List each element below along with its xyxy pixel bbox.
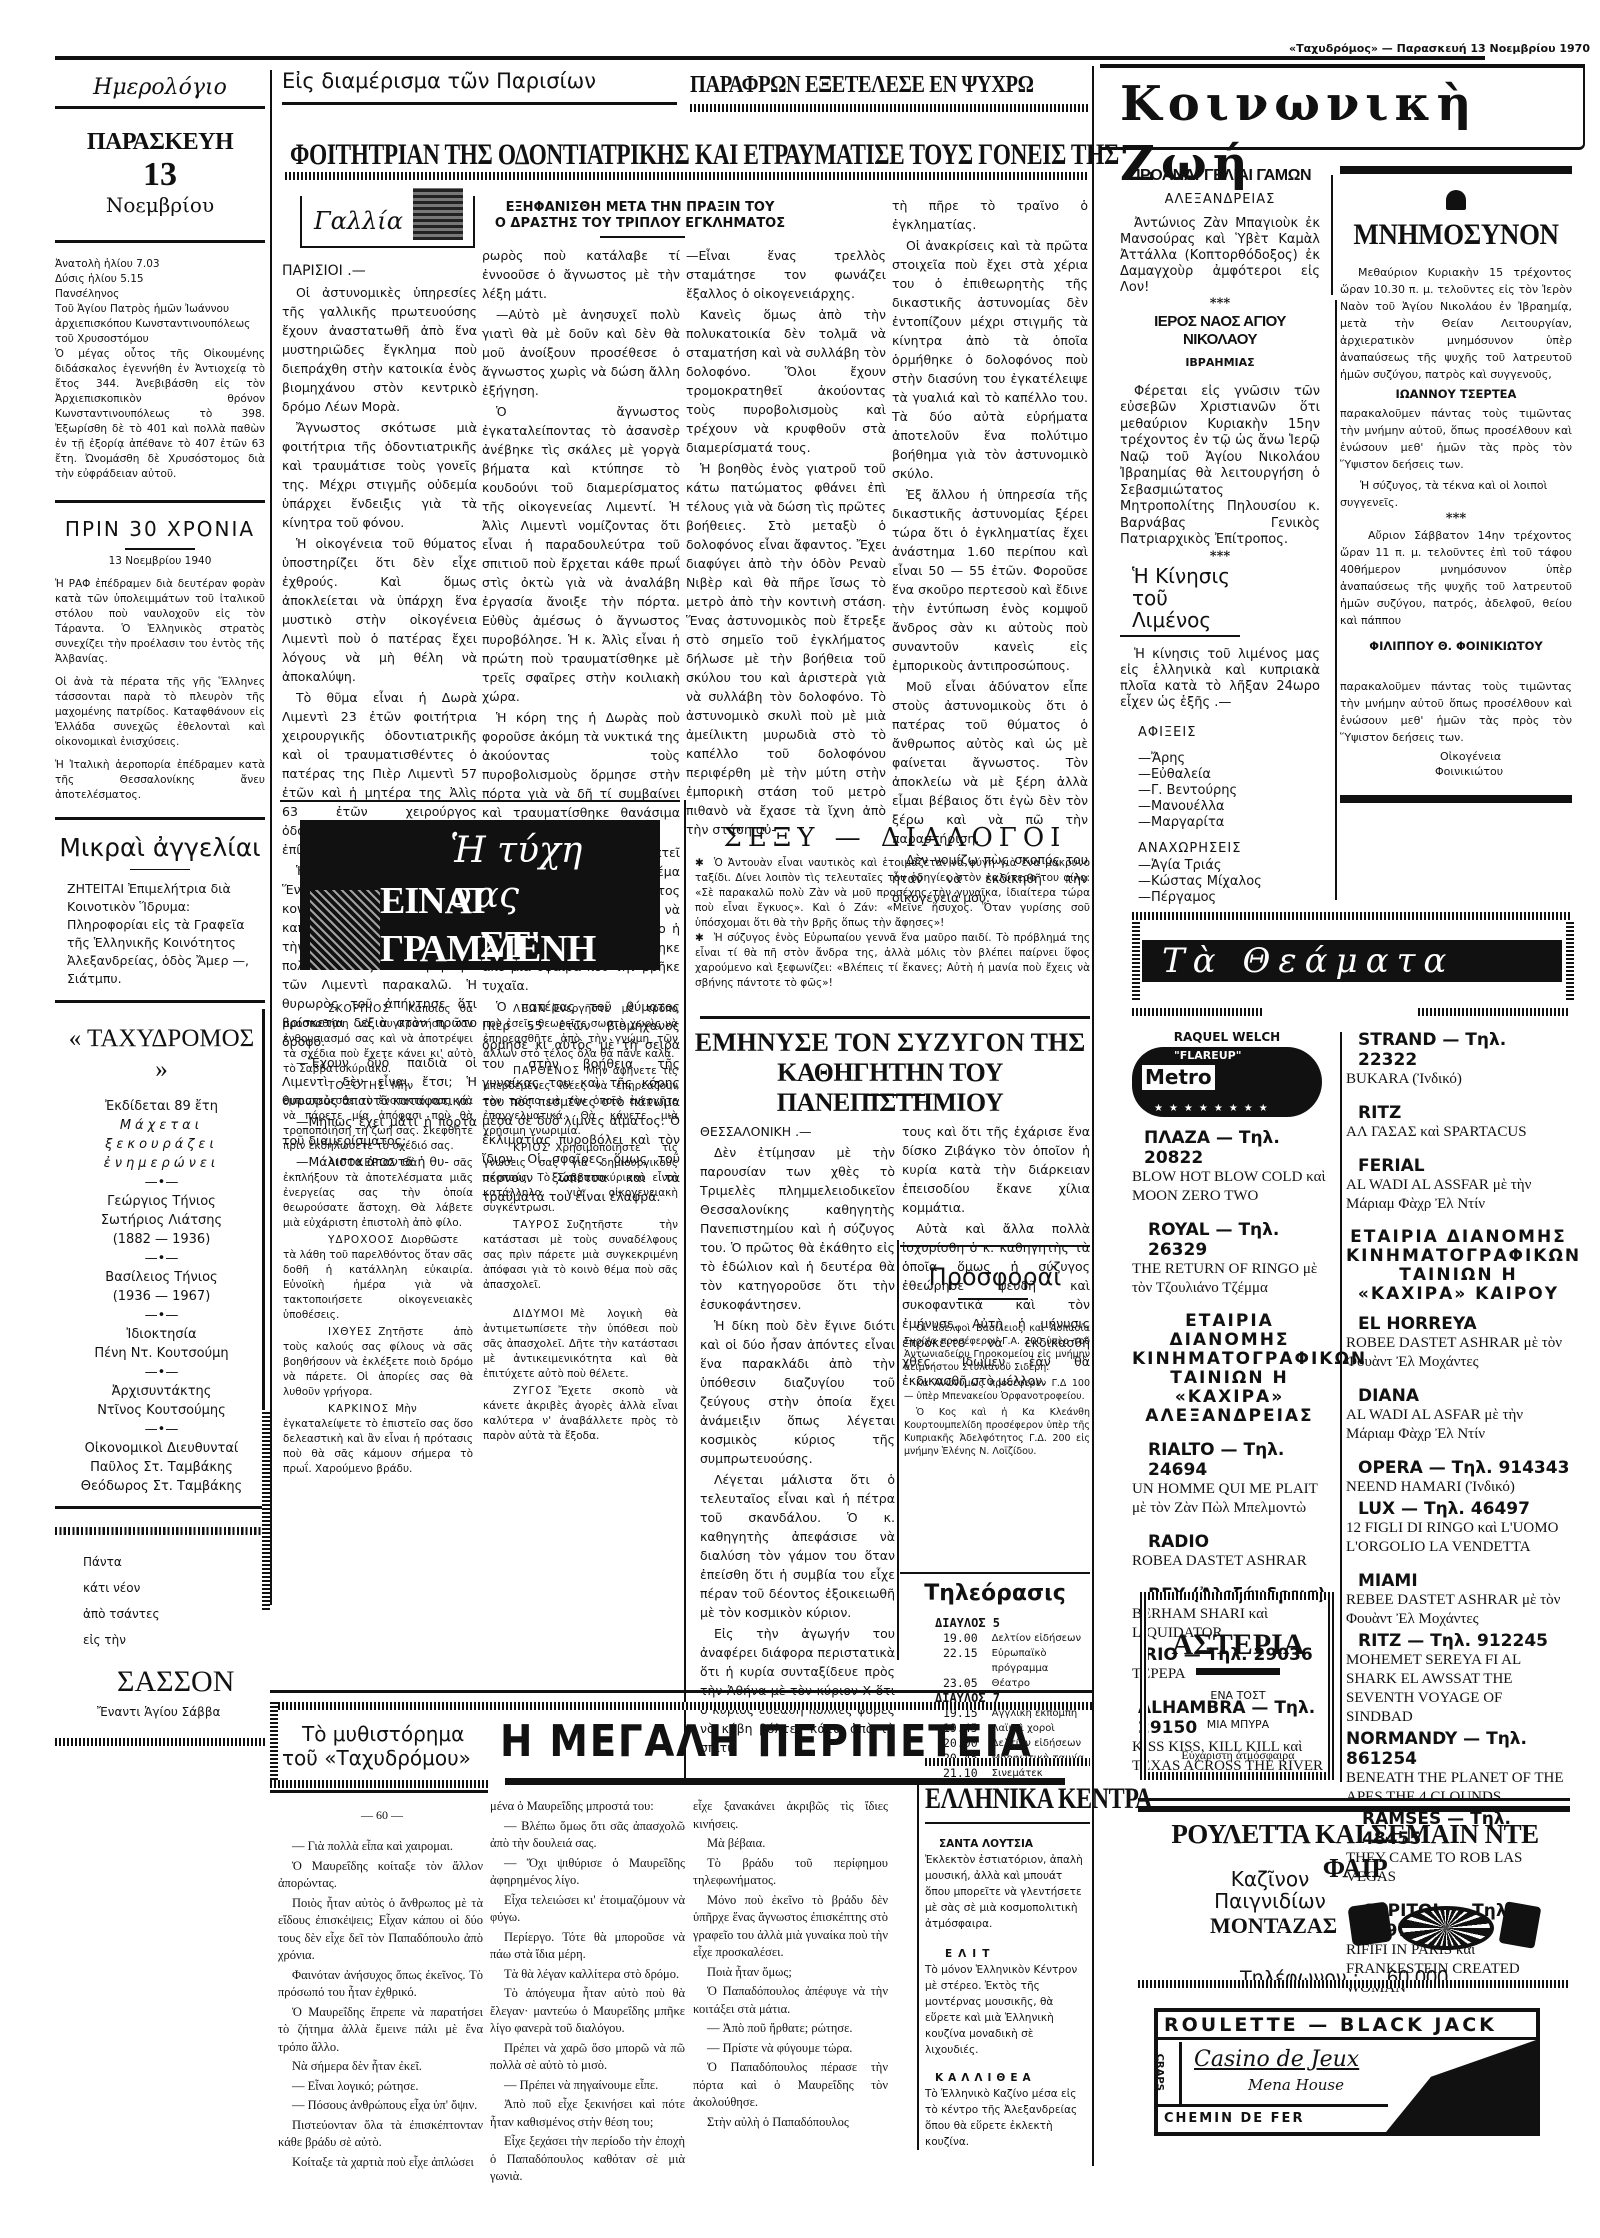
divider (55, 1000, 265, 1003)
tv-time: 19.00 (943, 1631, 978, 1646)
divider (270, 1790, 488, 1793)
cinema-listing: RITZΑΛ ΓΑΣΑΣ καὶ SPARTACUS (1346, 1103, 1571, 1142)
cinema-name: NORMANDY — Τηλ. 861254 (1346, 1729, 1571, 1769)
novel-paragraph: Πρέπει νὰ χαρῶ ὅσο μπορῶ νὰ πῶ πολλὰ σὲ … (490, 2040, 685, 2075)
history-text: Ἡ ΡΑΦ ἐπέδραμεν διὰ δευτέραν φορὰν κατὰ … (55, 577, 265, 803)
novel-paragraph: — Βλέπω ὅμως ὅτι σᾶς ἀπασχολῶ ἀπὸ τὴν δο… (490, 1818, 685, 1853)
cinema-films: REBEE DASTET ASHRAR μὲ τὸν Φουὰντ Ἐλ Μοχ… (1346, 1591, 1571, 1629)
dialogue-text: Ἡ σύζυγος ἑνὸς Εὐρωπαίου γεννᾶ ἕνα μαῦρο… (695, 932, 1090, 989)
memorial-top-bar (1340, 166, 1572, 174)
chief-editor-label: Ἀρχισυντάκτης (65, 1382, 258, 1401)
sunset: Δύσις ἡλίου 5.15 (55, 272, 265, 287)
cinema-name: OPERA — Τηλ. 914343 (1346, 1458, 1571, 1478)
classifieds-title: Μικραὶ ἀγγελίαι (55, 832, 265, 863)
tv-title: Τηλεόρασις (905, 1580, 1085, 1608)
novel-paragraph: Τὸ ἀπόγευμα ἦταν αὐτὸ ποὺ θὰ ἔλεγαν· μαν… (490, 1985, 685, 2038)
port-title: Ἡ Κίνησις τοῦ Λιμένος (1120, 565, 1250, 631)
cinema-listing: RITZ — Τηλ. 912245MOHEMET SEREYA FI AL S… (1346, 1631, 1571, 1727)
cinema-films: AL WADI AL ASFAR μὲ τὴν Μάριαμ Φὰχρ Ἐλ Ν… (1346, 1406, 1571, 1444)
article-paragraph: Ἄγνωστος σκότωσε μιὰ φοιτήτρια τῆς ὀδοντ… (282, 418, 477, 532)
novel-paragraph: Εἶχα τελειώσει κι' ἑτοιμαζόμουν νὰ φύγω. (490, 1892, 685, 1927)
donation-item: Κα Ἀνωνύμως προσέφερεν Γ.Δ 100 — ὑπὲρ Μπ… (904, 1377, 1090, 1403)
craps-label: CRAPS (1152, 2054, 1165, 2091)
ship-name: —Εὐθαλεία (1138, 767, 1320, 783)
cinema-listing: ROYAL — Τηλ. 26329THE RETURN OF RINGO μὲ… (1132, 1220, 1327, 1298)
day-number: 13 (55, 157, 265, 193)
horoscope-banner: Ἡ τύχη σας ΕΙΝΑΙ ΓΡΑΜΜΕΝΗ ΣΤ' ΑΣΤΡΑ (300, 820, 660, 970)
tv-channel: ΔΙΑΥΛΟΣ 5 (935, 1616, 1095, 1631)
ornamental-border (1132, 1008, 1262, 1016)
horoscope-entry: ΣΚΟΡΠΙΟΣΚάποιος θὰ προσπαθήση νὰ συγκρατ… (283, 1002, 473, 1077)
cinema-name: RIALTO — Τηλ. 24694 (1132, 1440, 1327, 1480)
cinema-listing: DIANAAL WADI AL ASFAR μὲ τὴν Μάριαμ Φὰχρ… (1346, 1386, 1571, 1444)
moon-phase: Πανσέληνος (55, 287, 265, 302)
serial-label: Τὸ μυθιστόρημα τοῦ «Ταχυδρόμου» (282, 1722, 482, 1770)
serial-title: Η ΜΕΓΑΛΗ ΠΕΡΙΠΕΤΕΙΑ (500, 1714, 1033, 1769)
cinemas-banner: Τὰ Θεάματα (1142, 940, 1562, 982)
church-announcement: Φέρεται εἰς γνῶσιν τῶν εὐσεβῶν Χριστιανῶ… (1120, 384, 1320, 549)
section-rule (1138, 1798, 1570, 1801)
casino-script-title: Casino de Jeux (1194, 2046, 1359, 2074)
serial-col-1: — Γιὰ πολλὰ εἶπα καὶ χαιρομαι. Ὁ Μαυρεΐδ… (278, 1838, 483, 2173)
zodiac-sign: ΔΙΔΥΜΟΙ (513, 1308, 564, 1320)
cinema-name: LUX — Τηλ. 46497 (1346, 1499, 1571, 1519)
brand-name: ΣΑΣΣΟΝ (117, 1663, 265, 1701)
article-paragraph: τὴ πῆρε τὸ τραῖνο ὁ ἐγκληματίας. (892, 196, 1088, 234)
paris-col-3: —Εἶναι ἕνας τρελλὸς σταμάτησε τον φωνάζε… (686, 246, 886, 841)
casino-script-subtitle: Mena House (1248, 2076, 1344, 2095)
publisher-years: (1936 — 1967) (65, 1287, 258, 1306)
cinema-listing: EL HORREYAROBEE DASTET ASHRAR μὲ τὸν Φου… (1346, 1314, 1571, 1372)
dialogue-text: Ὁ Ἀντουὰν εἶναι ναυτικὸς καὶ ἑτοιμάζεται… (695, 857, 1090, 929)
novel-paragraph: Πιστεύονταν ὅλα τὰ ἐπισκέπτονταν κάθε βρ… (278, 2117, 483, 2152)
building-icon (413, 188, 463, 240)
cinema-name: RITZ — Τηλ. 912245 (1346, 1631, 1571, 1651)
founder-name: Σωτήριος Λιάτσης (65, 1211, 258, 1230)
ship-name: —Γ. Βεντούρης (1138, 783, 1320, 799)
cinema-films: ΑΛ ΓΑΣΑΣ καὶ SPARTACUS (1346, 1123, 1571, 1142)
horoscope-entry: ΚΑΡΚΙΝΟΣΜὴν ἐγκαταλείψετε τὸ ἐπιστεῖο σα… (283, 1402, 473, 1477)
founder-name: Γεώργιος Τήνιος (65, 1192, 258, 1211)
distributor-notice: ΕΤΑΙΡΙΑ ΔΙΑΝΟΜΗΣ ΚΙΝΗΜΑΤΟΓΡΑΦΙΚΩΝ ΤΑΙΝΙΩ… (1132, 1312, 1327, 1426)
zodiac-sign: ΑΙΓΟΚΕΡΟΣ (328, 1157, 396, 1169)
novel-paragraph: Κοίταξε τὰ χαρτιὰ ποὺ εἶχε ἀπλώσει (278, 2154, 483, 2172)
ad-line: εἰς τὴν (83, 1627, 265, 1653)
novel-paragraph: — Ὄχι ψιθύρισε ὁ Μαυρεΐδης ἀφηρημένος λί… (490, 1855, 685, 1890)
zodiac-sign: ΥΔΡΟΧΟΟΣ (328, 1234, 395, 1246)
deceased-name: ΙΩΑΝΝΟΥ ΤΣΕΡΤΕΑ (1340, 387, 1572, 401)
film-title: "FLAREUP" (1174, 1049, 1241, 1063)
article-paragraph: Ἡ βοηθὸς ἑνὸς γιατροῦ τοῦ κάτω πατώματος… (686, 459, 886, 839)
kicker-underline (282, 102, 677, 105)
headline-top: ΠΑΡΑΦΡΩΝ ΕΞΕΤΕΛΕΣΕ ΕΝ ΨΥΧΡΩ (690, 70, 1033, 100)
horoscope-right: ΛΕΩΝἘνεργῆστε μὲ τρόπο ποὺ ἐσεῖς θεωρεῖτ… (483, 1002, 678, 1444)
divider (55, 817, 265, 820)
novel-paragraph: — Εἶναι λογικό; ρώτησε. (278, 2078, 483, 2096)
ornamental-border (270, 1780, 488, 1788)
venue-name: ΣΑΝΤΑ ΛΟΥΤΣΙΑ (939, 1836, 1090, 1852)
horoscope-entry: ΤΟΞΟΤΗΣΜὴν ἐμπιστεύεσθε τὸ ἔνστικτό σας … (283, 1079, 473, 1154)
horoscope-entry: ΚΡΙΟΣΧρησιμοποιῆστε τὶς γνώσεις σας γιὰ … (483, 1141, 678, 1216)
divider (925, 1822, 1090, 1824)
novel-paragraph: Μὰ βέβαια. (693, 1835, 888, 1853)
cinema-listing: OPERA — Τηλ. 914343NEEND HAMARI (Ἰνδικό) (1346, 1458, 1571, 1497)
horoscope-text: Διορθῶστε τὰ λάθη τοῦ παρελθόντος ὅταν σ… (283, 1234, 473, 1321)
paris-col-4: τὴ πῆρε τὸ τραῖνο ὁ ἐγκληματίας. Οἱ ἀνακ… (892, 196, 1088, 909)
left-column: Ημερολόγιο ΠΑΡΑΣΚΕΥΗ 13 Νοεμβρίου Ἀνατολ… (55, 66, 265, 1746)
article-paragraph: Οἱ ἀστυνομικὲς ὑπηρεσίες τῆς γαλλικῆς πρ… (282, 283, 477, 416)
cinemas-title: Τὰ Θεάματα (1162, 940, 1454, 983)
article-paragraph: Λέγεται μάλιστα ὅτι ὁ τελευταῖος εἶναι κ… (700, 1470, 895, 1622)
church-place: ΙΒΡΑΗΜΙΑΣ (1120, 356, 1320, 370)
finance-director: Παῦλος Στ. Ταμβάκης (65, 1458, 258, 1477)
headline-line: ΕΜΗΝΥΣΕ ΤΟΝ ΣΥΖΥΓΟΝ ΤΗΣ (690, 1028, 1090, 1058)
section-rule (270, 1690, 1092, 1693)
cinema-films: NEEND HAMARI (Ἰνδικό) (1346, 1478, 1571, 1497)
ornamental-border (1132, 912, 1572, 920)
history-paragraph: Ἡ ΡΑΦ ἐπέδραμεν διὰ δευτέραν φορὰν κατὰ … (55, 577, 265, 667)
venue-description: Τὸ Ἑλληνικὸ Καζίνο μέσα εἰς τὸ κέντρο τῆ… (925, 2086, 1090, 2150)
cinema-name: DIANA (1346, 1386, 1571, 1406)
donation-item: Οἱ ἀδελφοὶ Βασίλειος καὶ Ἀσπασία Σγρίχα … (904, 1322, 1090, 1374)
headline-main: ΦΟΙΤΗΤΡΙΑΝ ΤΗΣ ΟΔΟΝΤΙΑΤΡΙΚΗΣ ΚΑΙ ΕΤΡΑΥΜΑ… (290, 136, 1119, 174)
headline-line: ΚΑΘΗΓΗΤΗΝ ΤΟΥ ΠΑΝΕΠΙΣΤΗΜΙΟΥ (690, 1058, 1090, 1118)
cinema-name: FERIAL (1346, 1156, 1571, 1176)
dialogue-item: ✱Ὁ Ἀντουὰν εἶναι ναυτικὸς καὶ ἑτοιμάζετα… (695, 856, 1090, 931)
novel-paragraph: Εἶχε ξεχάσει τὴν περίοδο τὴν ἐποχὴ ὁ Παπ… (490, 2133, 685, 2186)
horoscope-entry: ΖΥΓΟΣἜχετε σκοπὸ νὰ κάνετε ἀκριβὲς ἀγορὲ… (483, 1384, 678, 1444)
section-rule (700, 1016, 1090, 1019)
publisher-name: Βασίλειος Τήνιος (65, 1268, 258, 1287)
separator-stars: *** (1120, 296, 1320, 312)
craps-bar: CRAPS (1158, 2042, 1182, 2104)
novel-paragraph: Τὸ βράδυ τοῦ περίφημου τηλεφωνήματος. (693, 1855, 888, 1890)
month: Νοεμβρίου (55, 193, 265, 218)
divider (1196, 1668, 1280, 1675)
history-paragraph: Οἱ ἀνὰ τὰ πέρατα τῆς γῆς Ἕλληνες τάσσοντ… (55, 675, 265, 750)
donations-title: Προσφοραὶ (905, 1262, 1085, 1292)
history-date: 13 Νοεμβρίου 1940 (55, 554, 265, 569)
article-paragraph: Δὲν ἐτίμησαν μὲ τὴν παρουσίαν των χθὲς τ… (700, 1143, 895, 1314)
cinema-films: ROBEE DASTET ASHRAR μὲ τὸν Φουὰντ Ἐλ Μοχ… (1346, 1334, 1571, 1372)
novel-paragraph: Ποιὰ ἦταν ὅμως; (693, 1964, 888, 1982)
playing-card-icon (1499, 1901, 1542, 1949)
ornament: —•— (65, 1363, 258, 1382)
ornament: —•— (65, 1420, 258, 1439)
headline-underline (865, 1094, 925, 1096)
novel-paragraph: — Πόσους ἀνθρώπους εἶχα ὑπ' ὄψιν. (278, 2097, 483, 2115)
ornamental-border (270, 1702, 278, 1780)
motto-line: Μάχεται (65, 1116, 258, 1135)
novel-paragraph: — Πρίστε νὰ φύγουμε τώρα. (693, 2040, 888, 2058)
owner-name: Πένη Ντ. Κουτσούμη (65, 1344, 258, 1363)
column-rule (917, 1780, 919, 2150)
memorial-text: παρακαλοῦμεν πάντας τοὺς τιμῶντας τὴν μν… (1340, 405, 1572, 473)
cinema-listing: LUX — Τηλ. 4649712 FIGLI DI RINGO καὶ L'… (1346, 1499, 1571, 1557)
cinema-films: BUKARA (Ἰνδικό) (1346, 1070, 1571, 1089)
professor-col-1: ΘΕΣΣΑΛΟΝΙΚΗ .— Δὲν ἐτίμησαν μὲ τὴν παρου… (700, 1122, 895, 1759)
article-paragraph: Οἱ ἀνακρίσεις καὶ τὰ πρῶτα στοιχεῖα ποὺ … (892, 236, 1088, 483)
memorial-title: ΜΝΗΜΟΣΥΝΟΝ (1352, 216, 1561, 254)
article-paragraph: Ὁ ἄγνωστος ἐγκαταλείποντας τὸ ἀσανσὲρ ἀν… (482, 402, 680, 706)
cinema-films: AL WADI AL ASSFAR μὲ τὴν Μάριαμ Φὰχρ Ἐλ … (1346, 1176, 1571, 1214)
classified-ad: ΖΗΤΕΙΤΑΙ Ἐπιμελήτρια διὰ Κοινοτικὸν Ἵδρυ… (55, 880, 265, 988)
weekday: ΠΑΡΑΣΚΕΥΗ (55, 127, 265, 157)
divider (125, 548, 195, 550)
ship-name: —Ἄρης (1138, 751, 1320, 767)
asteria-ad: ΑΣΤΕΡΙΑ ΕΝΑ ΤΟΣΤ ΜΙΑ ΜΠΥΡΑ Εὐχάριστη ἀτμ… (1140, 1592, 1336, 1780)
engagements-title: ΠΡΟΑΝΑΓΓΕΛΙΑΙ ΓΑΜΩΝ (1120, 166, 1320, 186)
memorial-text: Αὔριον Σάββατον 14ην τρέχοντος ὥραν 11 π… (1340, 527, 1572, 629)
novel-paragraph: — Πρέπει νὰ πηγαίνουμε εἶπε. (490, 2077, 685, 2095)
casino-line: Παιγνιδίων (1210, 1890, 1330, 1912)
horoscope-entry: ΑΙΓΟΚΕΡΟΣΘὰ σᾶς ἐκπλήξουν τὰ ἀποτελέσματ… (283, 1156, 473, 1231)
roulette-table-illustration (1386, 2040, 1536, 2132)
roulette-wheel-icon (1398, 1906, 1494, 1950)
cinema-films: ROBEA DASTET ASHRAR (1132, 1552, 1327, 1571)
motto-line: ἐνημερώνει (65, 1154, 258, 1173)
subhead-underline (600, 236, 685, 238)
history-title: ΠΡΙΝ 30 ΧΡΟΝΙΑ (55, 517, 265, 542)
cinema-name: RITZ (1346, 1103, 1571, 1123)
cinema-name: EL HORREYA (1346, 1314, 1571, 1334)
ad-tagline: Εὐχάριστη ἀτμόσφαιρα (1148, 1748, 1328, 1763)
headline-rule (690, 104, 1088, 112)
cinema-films: MOHEMET SEREYA FI AL SHARK EL AWSSAT THE… (1346, 1651, 1571, 1727)
ornamental-border (1132, 920, 1140, 1000)
ornamental-border (270, 1702, 1092, 1710)
article-paragraph: —Αὐτὸ μὲ ἀνησυχεῖ πολὺ γιατὶ θὰ μὲ δοῦν … (482, 305, 680, 400)
calendar-logo: Ημερολόγιο (55, 66, 265, 109)
horoscope-entry: ΙΧΘΥΕΣΖητῆστε ἀπὸ τοὺς καλούς σας φίλους… (283, 1325, 473, 1400)
chief-editor-name: Ντῖνος Κουτσούμης (65, 1401, 258, 1420)
ad-address: Ἔναντι Ἁγίου Σάββα (97, 1705, 265, 1720)
memorial-signature: Ἡ σύζυγος, τὰ τέκνα καὶ οἱ λοιποὶ συγγεν… (1340, 477, 1572, 511)
casino-games: ROULETTE — BLACK JACK (1158, 2012, 1536, 2040)
box-rule (900, 1245, 1090, 1247)
sasson-ad: Πάντα κάτι νέον ἀπὸ τσάντες εἰς τὴν ΣΑΣΣ… (55, 1527, 265, 1728)
ornamental-border (1138, 1980, 1570, 1988)
memorial-signature: Φοινικιώτου (1435, 765, 1572, 779)
saint-bio: Ὁ μέγας οὗτος τῆς Οἰκουμένης διδάσκαλος … (55, 347, 265, 482)
cinema-listing: FERIALAL WADI AL ASSFAR μὲ τὴν Μάριαμ Φὰ… (1346, 1156, 1571, 1214)
cinema-logo: Metro (1142, 1065, 1215, 1090)
casino-name: ΜΟΝΤΑΖΑΣ (1210, 1912, 1330, 1940)
column-rule (1331, 175, 1333, 295)
tv-listing: 19.00Δελτίον εἰδήσεων (935, 1631, 1095, 1646)
tv-time: 23.05 (943, 1676, 978, 1691)
horoscope-entry: ΤΑΥΡΟΣΣυζητῆστε τὴν κατάστασι μὲ τοὺς συ… (483, 1218, 678, 1293)
novel-paragraph: Ὁ Μαυρεΐδης ἔπρεπε νὰ παρατήσει τὸ ζήτημ… (278, 2004, 483, 2057)
article-paragraph: Κανεὶς ὅμως ἀπὸ τὴν πολυκατοικία δὲν τολ… (686, 305, 886, 457)
film-star: RAQUEL WELCH (1132, 1030, 1322, 1045)
cinema-listing: NORMANDY — Τηλ. 861254BENEATH THE PLANET… (1346, 1729, 1571, 1807)
ad-line: ΕΝΑ ΤΟΣΤ (1148, 1689, 1328, 1703)
separator-stars: *** (1340, 511, 1572, 527)
professor-headline: ΕΜΗΝΥΣΕ ΤΟΝ ΣΥΖΥΓΟΝ ΤΗΣ ΚΑΘΗΓΗΤΗΝ ΤΟΥ ΠΑ… (690, 1028, 1090, 1118)
ornament: —•— (65, 1249, 258, 1268)
serial-col-3: εἶχε ξανακάνει ἀκριβῶς τὶς ἴδιες κινήσει… (693, 1798, 888, 2133)
memorial-signature: Οἰκογένεια (1440, 750, 1572, 764)
finance-director: Θεόδωρος Στ. Ταμβάκης (65, 1477, 258, 1496)
port-text: Ἡ κίνησις τοῦ λιμένος μας εἰς ἑλληνικὰ κ… (1120, 647, 1320, 711)
horoscope-text: Ζητῆστε ἀπὸ τοὺς καλούς σας φίλους νὰ σᾶ… (283, 1326, 473, 1398)
article-paragraph: —Εἶναι ἕνας τρελλὸς σταμάτησε τον φωνάζε… (686, 246, 886, 303)
memorial-text: παρακαλοῦμεν πάντας τοὺς τιμῶντας τὴν μν… (1340, 678, 1572, 746)
asteria-title: ΑΣΤΕΡΙΑ (1148, 1626, 1328, 1664)
horoscope-entry: ΔΙΔΥΜΟΙΜὲ λογικὴ θὰ ἀντιμετωπίσετε τὴν ὑ… (483, 1307, 678, 1382)
society-col-1: ΠΡΟΑΝΑΓΓΕΛΙΑΙ ΓΑΜΩΝ ΑΛΕΞΑΝΔΡΕΙΑΣ Ἀντώνιο… (1120, 166, 1320, 906)
novel-paragraph: — Ἀπὸ ποῦ ἤρθατε; ρώτησε. (693, 2020, 888, 2038)
horoscope-entry: ΛΕΩΝἘνεργῆστε μὲ τρόπο ποὺ ἐσεῖς θεωρεῖτ… (483, 1002, 678, 1062)
ship-name: —Μανουέλλα (1138, 799, 1320, 815)
cinema-films: UN HOMME QUI ME PLAIT μὲ τὸν Ζὰν Πὼλ Μπε… (1132, 1480, 1327, 1518)
zodiac-sign: ΛΕΩΝ (513, 1003, 547, 1015)
novel-paragraph: Νὰ σήμερα δὲν ἦταν ἐκεῖ. (278, 2058, 483, 2076)
cinema-films: 12 FIGLI DI RINGO καὶ L'UOMO L'ORGOLIO L… (1346, 1519, 1571, 1557)
ornamental-border (262, 1410, 270, 1610)
article-paragraph: Ἐξ ἄλλου ἡ ὑπηρεσία τῆς δικαστικῆς ἀστυν… (892, 485, 1088, 675)
distributor-notice: ΕΤΑΙΡΙΑ ΔΙΑΝΟΜΗΣ ΚΙΝΗΜΑΤΟΓΡΑΦΙΚΩΝ ΤΑΙΝΙΩ… (1346, 1228, 1571, 1304)
divider (55, 240, 265, 243)
greek-centres-title: ΕΛΛΗΝΙΚΑ ΚΕΝΤΡΑ (925, 1780, 1152, 1818)
top-rule (55, 56, 1485, 60)
zodiac-sign: ΙΧΘΥΕΣ (328, 1326, 372, 1338)
divider (900, 1572, 1090, 1574)
cinema-name: RADIO (1132, 1532, 1327, 1552)
casino-montaza-ad: ΡΟΥΛΕΤΤΑ ΚΑΙ ΣΕΜΑΙΝ ΝΤΕ ΦΑΙΡ Καζῖνον Παι… (1140, 1818, 1570, 1988)
novel-paragraph: Ὁ Μαυρεΐδης κοίταξε τὸν ἄλλον ἀπορώντας. (278, 1858, 483, 1893)
ornamental-border (1566, 920, 1574, 1000)
casino-headline: ΡΟΥΛΕΤΤΑ ΚΑΙ ΣΕΜΑΙΝ ΝΤΕ ΦΑΙΡ (1140, 1818, 1570, 1886)
saint-of-day: Τοῦ Ἁγίου Πατρὸς ἡμῶν Ἰωάννου ἀρχιεπισκό… (55, 302, 265, 347)
cinema-name: ΠΛΑΖΑ — Τηλ. 20822 (1132, 1128, 1327, 1168)
novel-paragraph: Μόνο ποὺ ἐκεῖνο τὸ βράδυ δὲν ὑπῆρχε ἕνας… (693, 1892, 888, 1962)
section-logo-france: Γαλλία (300, 196, 475, 248)
zodiac-sign: ΤΑΥΡΟΣ (513, 1219, 560, 1231)
tv-listing: 23.05Θέατρο (935, 1676, 1095, 1691)
column-rule (1335, 300, 1337, 900)
ornament: —•— (65, 1173, 258, 1192)
tv-listing: 22.15Εὐρωπαϊκὸ πρόγραμμα (935, 1646, 1095, 1676)
section-logo-text: Γαλλία (314, 206, 403, 236)
dateline: ΘΕΣΣΑΛΟΝΙΚΗ .— (700, 1122, 895, 1141)
article-paragraph: Ἡ οἰκογένεια τοῦ θύματος ὑποστηρίζει ὅτι… (282, 534, 477, 686)
column-rule (270, 70, 272, 1605)
headline-rule (285, 172, 1088, 180)
novel-paragraph: μένα ὁ Μαυρεΐδης μπροστά του: (490, 1798, 685, 1816)
subhead-line: ΕΞΗΦΑΝΙΣΘΗ ΜΕΤΑ ΤΗΝ ΠΡΑΞΙΝ ΤΟΥ (480, 200, 800, 216)
novel-paragraph: Ποιὸς ἦταν αὐτὸς ὁ ἄνθρωπος μὲ τὰ εἴδους… (278, 1895, 483, 1965)
subhead-line: Ο ΔΡΑΣΤΗΣ ΤΟΥ ΤΡΙΠΛΟΥ ΕΓΚΛΗΜΑΤΟΣ (480, 216, 800, 232)
ship-name: —Πέργαμος (1138, 890, 1320, 906)
cinema-listing: STRAND — Τηλ. 22322BUKARA (Ἰνδικό) (1346, 1030, 1571, 1089)
tv-show: Δελτίον εἰδήσεων (992, 1631, 1081, 1646)
novel-paragraph: Ὁ Παπαδόπουλος πέρασε τὴν πόρτα καὶ ὁ Μα… (693, 2059, 888, 2112)
society-header-box: Κοινωνικὴ Ζωή (1100, 64, 1585, 150)
casino-game-bottom: CHEMIN DE FER (1158, 2104, 1388, 2132)
venue-description: Τὸ μόνον Ἑλληνικὸν Κέντρον μὲ στέρεο. Ἐκ… (925, 1962, 1090, 2058)
engagement-announcement: Ἀντώνιος Ζὰν Μπαγιοὺκ ἐκ Μανσούρας καὶ Ὑ… (1120, 216, 1320, 296)
ad-line: ΜΙΑ ΜΠΥΡΑ (1148, 1718, 1328, 1732)
running-head: «Ταχυδρόμος» — Παρασκευή 13 Νοεμβρίου 19… (1210, 42, 1590, 56)
cinema-listing: MIAMIREBEE DASTET ASHRAR μὲ τὸν Φουὰντ Ἐ… (1346, 1571, 1571, 1629)
memorial-col: ΜΝΗΜΟΣΥΝΟΝ Μεθαύριον Κυριακὴν 15 τρέχοντ… (1340, 166, 1572, 803)
novel-paragraph: Τὰ θὰ λέγαν καλλίτερα στὸ δρόμο. (490, 1966, 685, 1984)
divider (130, 869, 190, 870)
cinema-listing: RIALTO — Τηλ. 24694UN HOMME QUI ME PLAIT… (1132, 1440, 1327, 1518)
ornamental-border (1418, 1008, 1568, 1016)
divider (1120, 635, 1240, 637)
divider (958, 1298, 1028, 1300)
newspaper-staff-box: « ΤΑΧΥΔΡΟΜΟΣ » Ἐκδίδεται 89 ἔτη Μάχεται … (55, 1009, 265, 1510)
novel-paragraph: Περίεργο. Τότε θὰ μποροῦσε νὰ πάω στὰ ἴδ… (490, 1929, 685, 1964)
memorial-bottom-bar (1340, 795, 1572, 803)
ornamental-border (55, 1738, 265, 1746)
ad-line: κάτι νέον (83, 1575, 265, 1601)
ship-name: —Μαργαρίτα (1138, 815, 1320, 831)
column-rule (1092, 66, 1094, 2166)
deceased-name: ΦΙΛΙΠΠΟΥ Θ. ΦΟΙΝΙΚΙΩΤΟΥ (1340, 639, 1572, 653)
sunrise: Ἀνατολὴ ἡλίου 7.03 (55, 257, 265, 272)
zodiac-sign: ΚΑΡΚΙΝΟΣ (328, 1403, 389, 1415)
divider (55, 500, 265, 503)
departures-title: ΑΝΑΧΩΡΗΣΕΙΣ (1138, 841, 1320, 857)
article-paragraph: τους καὶ ὅτι τῆς ἐχάρισε ἕνα δίσκο Ζιβάγ… (902, 1122, 1090, 1217)
novel-paragraph: Φαινόταν ἀνήσυχος ὅπως ἐκεῖνος. Τὸ πρόσω… (278, 1967, 483, 2002)
novel-paragraph: — Γιὰ πολλὰ εἶπα καὶ χαιρομαι. (278, 1838, 483, 1856)
tv-show: Θέατρο (992, 1676, 1030, 1691)
cross-icon (1446, 190, 1466, 210)
cinema-films: BENEATH THE PLANET OF THE APES THE 4 CLO… (1346, 1769, 1571, 1807)
star-icon: ✱ (695, 857, 704, 869)
zodiac-sign: ΣΚΟΡΠΙΟΣ (328, 1003, 390, 1015)
dateline: ΠΑΡΙΣΙΟΙ .— (282, 262, 477, 281)
article-paragraph: ρωρὸς ποὺ κατάλαβε τί ἐννοοῦσε ὁ ἄγνωστο… (482, 246, 680, 303)
cinema-name: ROYAL — Τηλ. 26329 (1132, 1220, 1327, 1260)
paris-subhead: ΕΞΗΦΑΝΙΣΘΗ ΜΕΤΑ ΤΗΝ ΠΡΑΞΙΝ ΤΟΥ Ο ΔΡΑΣΤΗΣ… (480, 200, 800, 232)
section-rule (1138, 1806, 1570, 1812)
serial-installment: — 60 — (282, 1808, 482, 1823)
history-paragraph: Ἡ Ἰταλικὴ ἀεροπορία ἐπέδραμεν κατὰ τῆς Θ… (55, 758, 265, 803)
ship-name: —Ἁγία Τριάς (1138, 858, 1320, 874)
novel-paragraph: Στὴν αὐλὴ ὁ Παπαδόπουλος (693, 2114, 888, 2132)
venue-name: ΚΑΛΛΙΘΕΑ (935, 2070, 1090, 2086)
article-paragraph: Ἡ δίκη ποὺ δὲν ἔγινε διότι καὶ οἱ δύο ἦσ… (700, 1316, 895, 1468)
engagements-city: ΑΛΕΞΑΝΔΡΕΙΑΣ (1120, 192, 1320, 208)
serial-label-line: Τὸ μυθιστόρημα (282, 1722, 482, 1746)
tv-show: Εὐρωπαϊκὸ πρόγραμμα (992, 1646, 1095, 1676)
zodiac-sign: ΤΟΞΟΤΗΣ (328, 1080, 386, 1092)
star-icon: ✱ (695, 932, 704, 944)
metro-ad-banner: "FLAREUP" Metro ★★★★★★★★ (1132, 1047, 1322, 1117)
dice-icon (1347, 1901, 1392, 1946)
astrologer-illustration (310, 890, 380, 970)
serial-label-line: τοῦ «Ταχυδρόμου» (282, 1746, 482, 1770)
ornament: —•— (65, 1306, 258, 1325)
finance-label: Οἰκονομικοὶ Διευθυνταί (65, 1439, 258, 1458)
casino-de-jeux-ad: ROULETTE — BLACK JACK CRAPS Casino de Je… (1154, 2008, 1540, 2136)
motto-line: ξεκουράζει (65, 1135, 258, 1154)
dialogues-title: ΣΕΞΥ — ΔΙΑΛΟΓΟΙ (700, 822, 1090, 855)
banner-title: ΣΤ' ΑΣΤΡΑ (480, 922, 660, 970)
cinema-listing: ΠΛΑΖΑ — Τηλ. 20822BLOW HOT BLOW COLD καὶ… (1132, 1128, 1327, 1206)
title-underline (505, 1778, 1065, 1785)
founder-years: (1882 — 1936) (65, 1230, 258, 1249)
ownership-label: Ἰδιοκτησία (65, 1325, 258, 1344)
almanac: Ἀνατολὴ ἡλίου 7.03 Δύσις ἡλίου 5.15 Πανσ… (55, 257, 265, 482)
greek-centres-list: ΣΑΝΤΑ ΛΟΥΤΣΙΑ Ἐκλεκτὸν ἑστιατόριον, ἀπαλ… (925, 1832, 1090, 2150)
